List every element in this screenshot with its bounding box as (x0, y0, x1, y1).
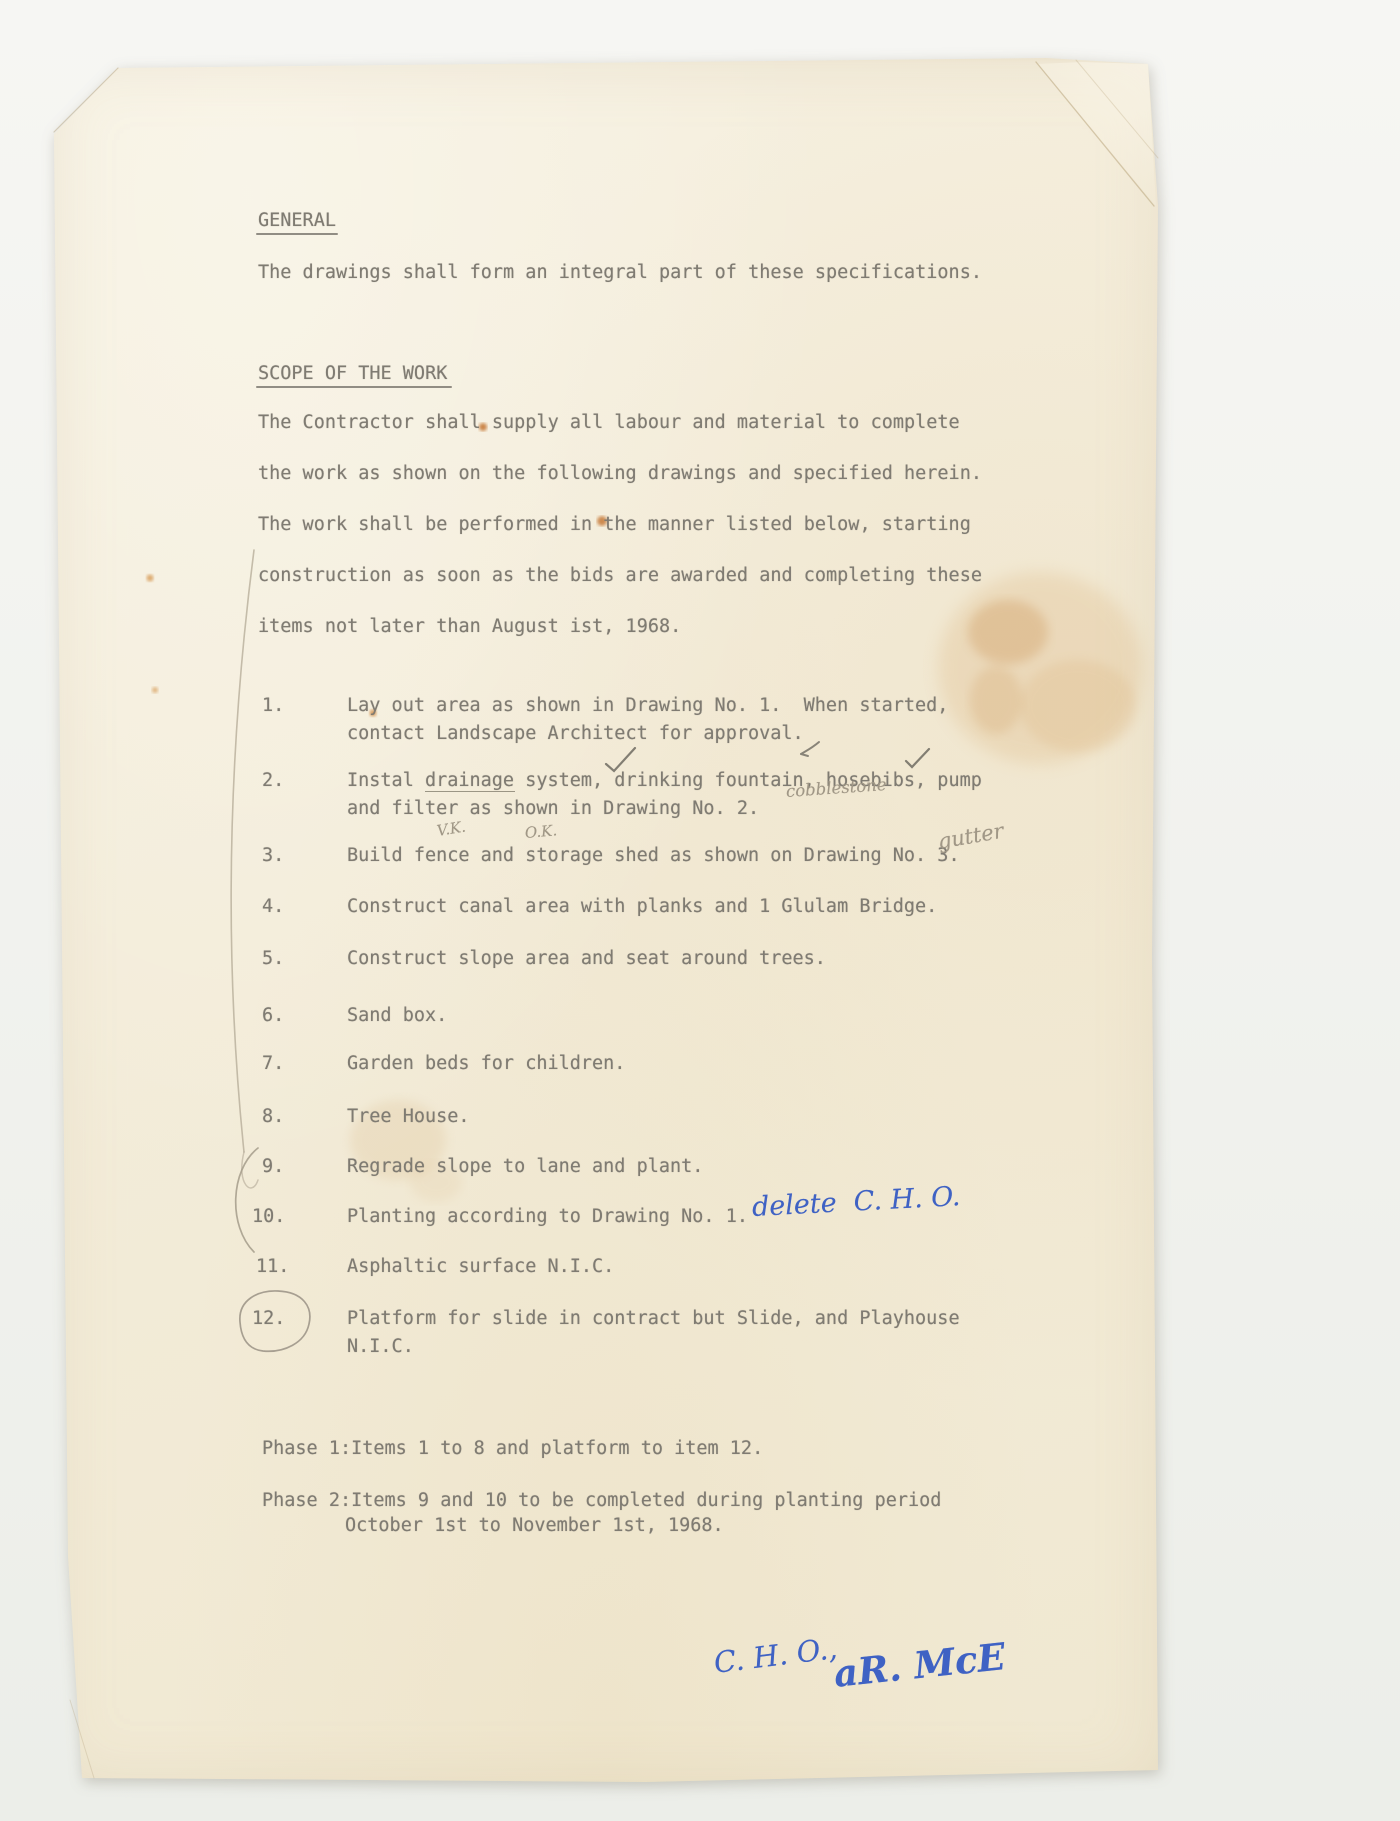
item-text: Tree House. (347, 1106, 470, 1127)
item-number: 7. (262, 1053, 284, 1074)
item-text: Planting according to Drawing No. 1. (347, 1206, 748, 1227)
phase-2-line: Phase 2:Items 9 and 10 to be completed d… (262, 1490, 941, 1511)
item-text: N.I.C. (347, 1336, 414, 1357)
item-number: 10. (252, 1206, 285, 1227)
scope-line: items not later than August ist, 1968. (258, 616, 681, 637)
phase-1-line: Phase 1:Items 1 to 8 and platform to ite… (262, 1438, 763, 1459)
scope-line: the work as shown on the following drawi… (258, 463, 982, 484)
item-number: 9. (262, 1156, 284, 1177)
item-text: Construct slope area and seat around tre… (347, 948, 826, 969)
scope-line: construction as soon as the bids are awa… (258, 565, 982, 586)
item-number: 6. (262, 1005, 284, 1026)
item-number: 5. (262, 948, 284, 969)
general-paragraph: The drawings shall form an integral part… (258, 262, 982, 283)
heading-underline (256, 233, 338, 235)
item-text: contact Landscape Architect for approval… (347, 723, 804, 744)
item-text: Construct canal area with planks and 1 G… (347, 896, 937, 917)
item-number: 1. (262, 695, 284, 716)
word-underline-drainage (425, 791, 515, 792)
section-heading-scope: SCOPE OF THE WORK (258, 363, 447, 384)
phase-2-line: October 1st to November 1st, 1968. (345, 1515, 724, 1536)
item-text: Regrade slope to lane and plant. (347, 1156, 703, 1177)
item-text: Lay out area as shown in Drawing No. 1. … (347, 695, 948, 716)
item-number: 3. (262, 845, 284, 866)
item-number: 12. (252, 1308, 285, 1329)
top-right-fold (1036, 60, 1160, 208)
scope-line: The Contractor shall supply all labour a… (258, 412, 960, 433)
item-text: Platform for slide in contract but Slide… (347, 1308, 960, 1329)
item-number: 4. (262, 896, 284, 917)
pencil-note-ok: O.K. (524, 821, 558, 842)
item-text: Build fence and storage shed as shown on… (347, 845, 960, 866)
section-heading-general: GENERAL (258, 210, 336, 231)
scanned-document-page: GENERAL The drawings shall form an integ… (0, 0, 1400, 1821)
item-number: 11. (256, 1256, 289, 1277)
item-text: and filter as shown in Drawing No. 2. (347, 798, 759, 819)
scope-line: The work shall be performed in the manne… (258, 514, 971, 535)
heading-underline (256, 386, 452, 388)
item-text: Garden beds for children. (347, 1053, 625, 1074)
item-text: Asphaltic surface N.I.C. (347, 1256, 614, 1277)
item-number: 2. (262, 770, 284, 791)
item-text: Sand box. (347, 1005, 447, 1026)
item-number: 8. (262, 1106, 284, 1127)
